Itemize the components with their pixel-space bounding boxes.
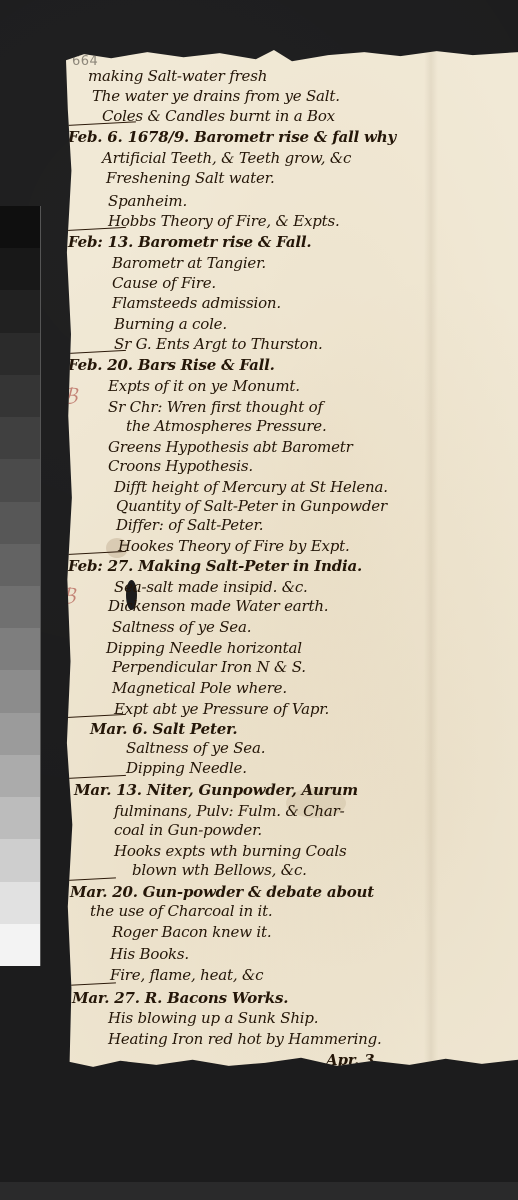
entry-line: Roger Bacon knew it. [112,923,271,941]
entry-line: Perpendicular Iron N & S. [112,658,306,676]
entry-line: Burning a cole. [114,315,227,333]
entry-line: Quantity of Salt-Peter in Gunpowder [116,497,387,515]
gray-step [0,290,40,332]
entry-line: Difft height of Mercury at St Helena. [114,478,388,496]
gray-step [0,628,40,670]
entry-date-line: Mar. 27. R. Bacons Works. [72,989,288,1007]
entry-line: Expts of it on ye Monumt. [108,377,300,395]
gray-step [0,586,40,628]
entry-line: Artificial Teeth, & Teeth grow, &c [102,149,351,167]
entry-date-line: Feb: 27. Making Salt-Peter in India. [68,557,362,575]
entry-line: Coles & Candles burnt in a Box [102,107,335,125]
entry-line: Magnetical Pole where. [112,679,287,697]
gray-step [0,670,40,712]
gray-step [0,375,40,417]
entry-line: Cause of Fire. [112,274,216,292]
entry-line: Saltness of ye Sea. [126,739,265,757]
entry-line: Hookes Theory of Fire by Expt. [118,537,350,555]
gray-step [0,333,40,375]
gray-step [0,882,40,924]
entry-line: making Salt-water fresh [88,67,267,85]
entry-line: His Books. [110,945,189,963]
gray-step [0,924,40,966]
entry-divider-rule [66,983,116,987]
entry-divider-rule [66,877,116,881]
entry-line: His blowing up a Sunk Ship. [108,1009,318,1027]
entry-line: fulminans, Pulv: Fulm. & Char- [114,802,344,820]
bottom-mount-band [0,1182,518,1200]
entry-line: Sr G. Ents Argt to Thurston. [114,335,323,353]
gray-step [0,713,40,755]
gray-step [0,248,40,290]
grayscale-calibration-card [0,206,41,966]
entry-line: Sea-salt made insipid. &c. [114,578,308,596]
entry-line: Dipping Needle horizontal [106,639,302,657]
entry-line: coal in Gun-powder. [114,821,262,839]
entry-line: the use of Charcoal in it. [90,902,273,920]
entry-line: blown wth Bellows, &c. [132,861,307,879]
gray-step [0,755,40,797]
entry-line: Expt abt ye Pressure of Vapr. [114,700,329,718]
entry-line: Fire, flame, heat, &c [110,966,263,984]
entry-date-line: Mar. 6. Salt Peter. [90,720,237,738]
entry-line: Hooks expts wth burning Coals [114,842,347,860]
entry-line: Sr Chr: Wren first thought of [108,398,323,416]
manuscript-page: 664 making Salt-water freshThe water ye … [66,48,518,1070]
gray-step [0,417,40,459]
entry-line: Barometr at Tangier. [112,254,266,272]
entry-date-line: Feb: 13. Barometr rise & Fall. [68,233,311,251]
entry-line: The water ye drains from ye Salt. [92,87,340,105]
gray-step [0,797,40,839]
gray-step [0,206,40,248]
entry-divider-rule [66,775,126,779]
entry-line: Greens Hypothesis abt Barometr [108,438,353,456]
entry-line: Heating Iron red hot by Hammering. [108,1030,382,1048]
entry-date-line: Mar. 13. Niter, Gunpowder, Aurum [74,781,358,799]
gray-step [0,839,40,881]
entry-line: Differ: of Salt-Peter. [116,516,263,534]
gray-step [0,459,40,501]
entry-line: Dipping Needle. [126,759,247,777]
entry-line: the Atmospheres Pressure. [126,417,327,435]
entry-date-line: Mar. 20. Gun-powder & debate about [70,883,374,901]
entry-line: Saltness of ye Sea. [112,618,251,636]
gray-step [0,502,40,544]
entry-line: Dickenson made Water earth. [108,597,328,615]
entry-line: Flamsteeds admission. [112,294,281,312]
entry-date-line: Feb. 20. Bars Rise & Fall. [68,356,275,374]
entry-line: Freshening Salt water. [106,169,275,187]
entry-line: Croons Hypothesis. [108,457,253,475]
gray-step [0,544,40,586]
entry-date-line: Feb. 6. 1678/9. Barometr rise & fall why [68,128,396,146]
entry-line: Spanheim. [108,192,187,210]
entry-line: Hobbs Theory of Fire, & Expts. [108,212,340,230]
page-fold-crease [424,48,438,1070]
